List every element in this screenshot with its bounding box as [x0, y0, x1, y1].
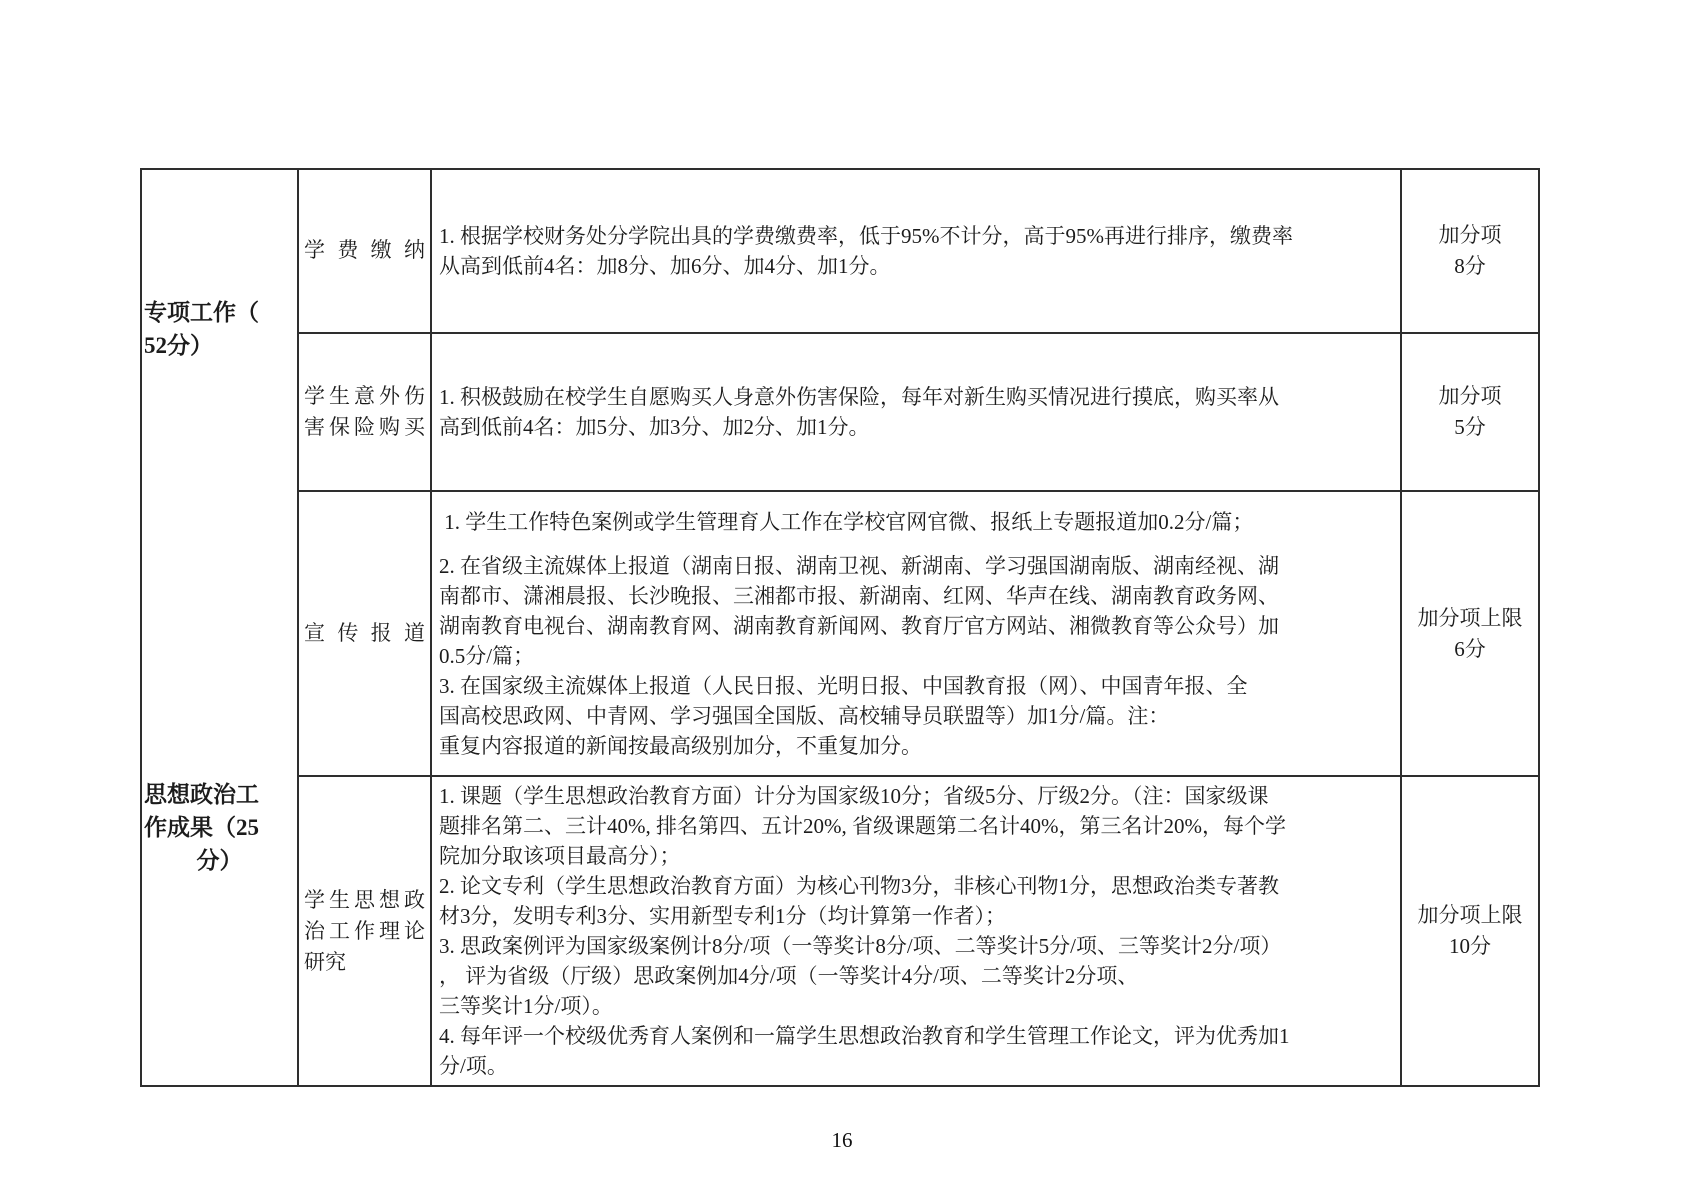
table-rows: 学费缴纳 1. 根据学校财务处分学院出具的学费缴费率，低于95%不计分，高于95…: [299, 170, 1538, 1085]
table-row-publicity: 宣传报道 1. 学生工作特色案例或学生管理育人工作在学校官网官微、报纸上专题报道…: [299, 492, 1538, 777]
evaluation-table: 专项工作（52分） 思想政治工作成果（25分） 学费缴纳 1. 根据学校财务处分…: [140, 168, 1540, 1087]
desc-cell-tuition: 1. 根据学校财务处分学院出具的学费缴费率，低于95%不计分，高于95%再进行排…: [432, 170, 1402, 332]
desc-cell-theory-research: 1. 课题（学生思想政治教育方面）计分为国家级10分；省级5分、厅级2分。（注：…: [432, 777, 1402, 1085]
item-cell-publicity: 宣传报道: [299, 492, 432, 775]
score-cell-insurance: 加分项5分: [1402, 334, 1538, 491]
item-cell-tuition: 学费缴纳: [299, 170, 432, 332]
document-page: 专项工作（52分） 思想政治工作成果（25分） 学费缴纳 1. 根据学校财务处分…: [0, 0, 1684, 1191]
score-cell-publicity: 加分项上限6分: [1402, 492, 1538, 775]
table-row-theory-research: 学生思想政治工作理论研究 1. 课题（学生思想政治教育方面）计分为国家级10分；…: [299, 777, 1538, 1085]
category-special-work: 专项工作（52分）: [144, 296, 295, 362]
desc-cell-publicity: 1. 学生工作特色案例或学生管理育人工作在学校官网官微、报纸上专题报道加0.2分…: [432, 492, 1402, 775]
item-cell-theory-research: 学生思想政治工作理论研究: [299, 777, 432, 1085]
desc-cell-insurance: 1. 积极鼓励在校学生自愿购买人身意外伤害保险，每年对新生购买情况进行摸底，购买…: [432, 334, 1402, 491]
item-cell-insurance: 学生意外伤害保险购买: [299, 334, 432, 491]
category-ideological-results: 思想政治工作成果（25分）: [144, 778, 295, 877]
table-row-tuition: 学费缴纳 1. 根据学校财务处分学院出具的学费缴费率，低于95%不计分，高于95…: [299, 170, 1538, 334]
score-cell-tuition: 加分项8分: [1402, 170, 1538, 332]
category-column: 专项工作（52分） 思想政治工作成果（25分）: [142, 170, 299, 1085]
table-row-insurance: 学生意外伤害保险购买 1. 积极鼓励在校学生自愿购买人身意外伤害保险，每年对新生…: [299, 334, 1538, 493]
score-cell-theory-research: 加分项上限10分: [1402, 777, 1538, 1085]
page-number: 16: [0, 1128, 1684, 1153]
